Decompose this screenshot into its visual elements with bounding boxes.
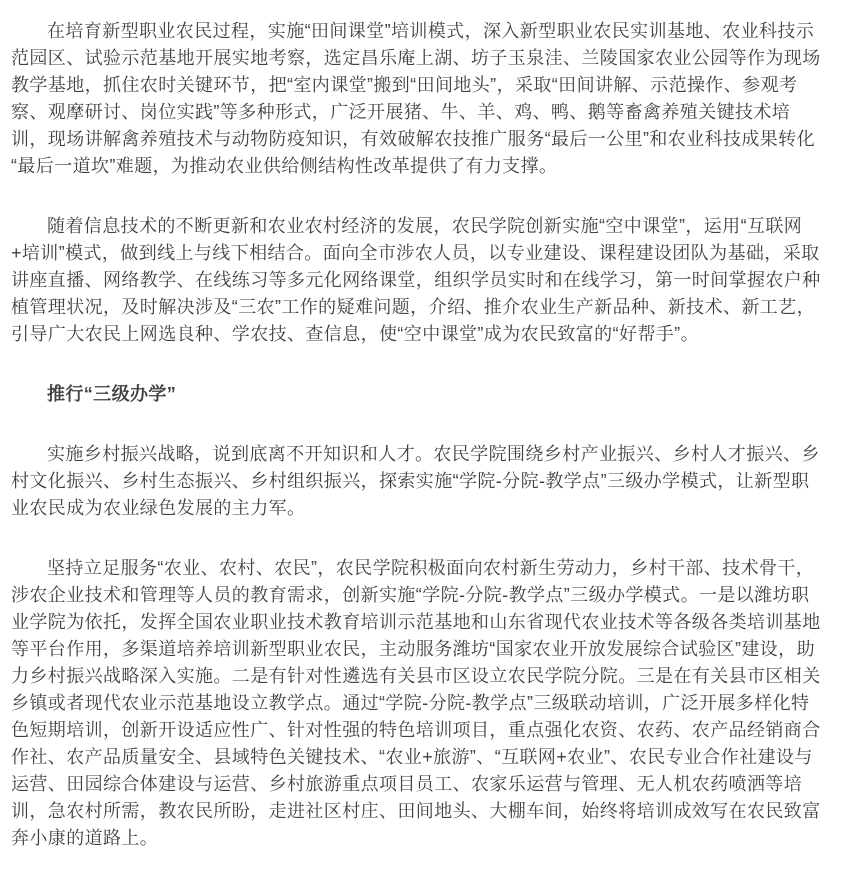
paragraph-rural-revitalization: 实施乡村振兴战略，说到底离不开知识和人才。农民学院围绕乡村产业振兴、乡村人才振兴… xyxy=(11,441,821,522)
article-body: 在培育新型职业农民过程，实施“田间课堂”培训模式，深入新型职业农民实训基地、农业… xyxy=(0,0,842,876)
paragraph-three-level-model-detail: 坚持立足服务“农业、农村、农民”，农民学院积极面向农村新生劳动力，乡村干部、技术… xyxy=(11,555,821,852)
paragraph-field-classroom: 在培育新型职业农民过程，实施“田间课堂”培训模式，深入新型职业农民实训基地、农业… xyxy=(11,18,821,180)
paragraph-air-classroom: 随着信息技术的不断更新和农业农村经济的发展，农民学院创新实施“空中课堂”，运用“… xyxy=(11,213,821,348)
section-heading-three-level-schooling: 推行“三级办学” xyxy=(11,381,821,408)
